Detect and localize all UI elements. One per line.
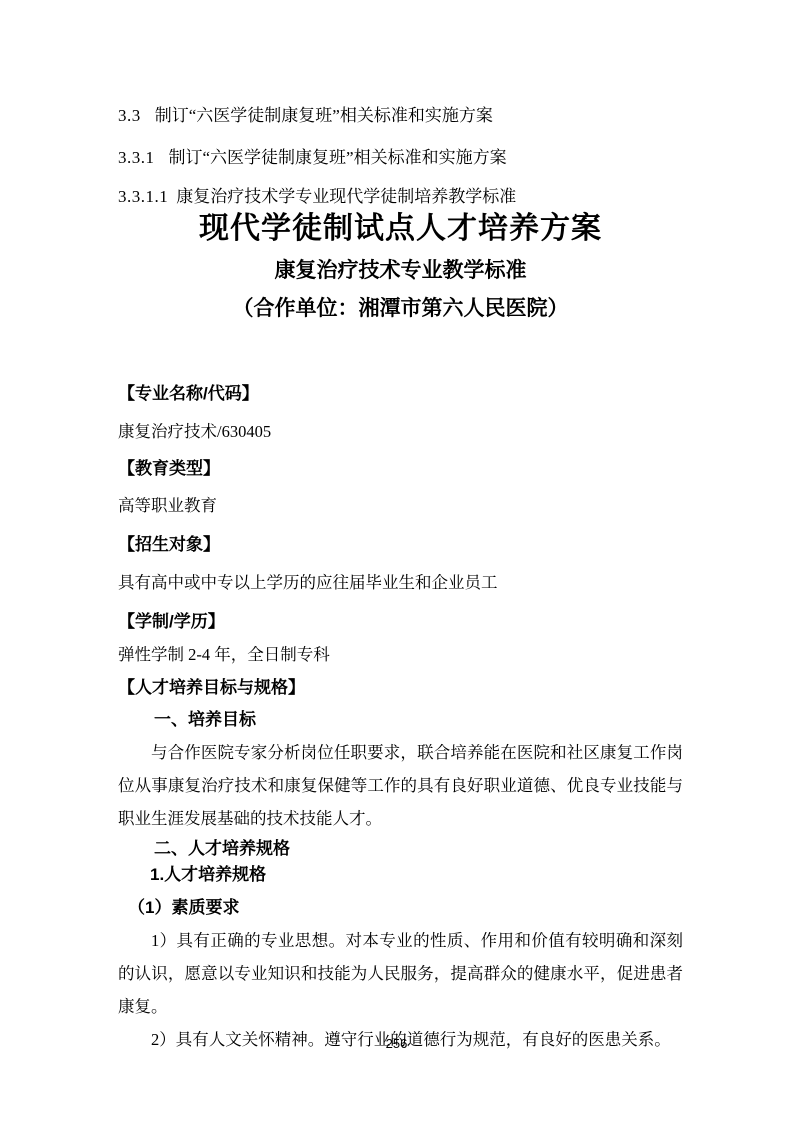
outline-number: 3.3: [118, 106, 141, 125]
subheading-training-spec: 二、人才培养规格: [118, 836, 683, 862]
document-subtitle: 康复治疗技术专业教学标准: [118, 254, 683, 288]
field-value-schooling-degree: 弹性学制 2-4 年，全日制专科: [118, 642, 683, 668]
field-value-enrollment-target: 具有高中或中专以上学历的应往届毕业生和企业员工: [118, 570, 683, 596]
section-label-training-goals: 【人才培养目标与规格】: [118, 675, 683, 701]
field-label-major-name-code: 【专业名称/代码】: [118, 381, 683, 407]
outline-number: 3.3.1: [118, 148, 155, 167]
outline-heading-3-3-1: 3.3.1制订“六医学徒制康复班”相关标准和实施方案: [118, 146, 683, 170]
subheading-training-goal: 一、培养目标: [118, 707, 683, 733]
subheading-training-spec-1: 1.人才培养规格: [118, 862, 683, 888]
field-value-education-type: 高等职业教育: [118, 493, 683, 519]
paragraph-quality-item-1: 1）具有正确的专业思想。对本专业的性质、作用和价值有较明确和深刻的认识，愿意以专…: [118, 924, 683, 1023]
field-label-education-type: 【教育类型】: [118, 456, 683, 482]
paragraph-training-goal: 与合作医院专家分析岗位任职要求，联合培养能在医院和社区康复工作岗位从事康复治疗技…: [118, 736, 683, 835]
outline-heading-3-3: 3.3制订“六医学徒制康复班”相关标准和实施方案: [118, 104, 683, 128]
outline-heading-3-3-1-1: 3.3.1.1康复治疗技术学专业现代学徒制培养教学标准: [118, 185, 683, 209]
field-label-schooling-degree: 【学制/学历】: [118, 609, 683, 635]
partner-unit-line: （合作单位：湘潭市第六人民医院）: [118, 291, 683, 327]
field-value-major-name-code: 康复治疗技术/630405: [118, 419, 683, 445]
page-number: 256: [0, 1036, 793, 1051]
document-main-title: 现代学徒制试点人才培养方案: [118, 209, 683, 249]
outline-title: 制订“六医学徒制康复班”相关标准和实施方案: [155, 106, 493, 125]
document-page: 3.3制订“六医学徒制康复班”相关标准和实施方案 3.3.1制订“六医学徒制康复…: [0, 0, 793, 1122]
subheading-quality-requirements: （1）素质要求: [118, 895, 683, 921]
field-label-enrollment-target: 【招生对象】: [118, 532, 683, 558]
outline-title: 制订“六医学徒制康复班”相关标准和实施方案: [169, 148, 507, 167]
outline-title: 康复治疗技术学专业现代学徒制培养教学标准: [176, 187, 516, 206]
outline-number: 3.3.1.1: [118, 187, 168, 206]
